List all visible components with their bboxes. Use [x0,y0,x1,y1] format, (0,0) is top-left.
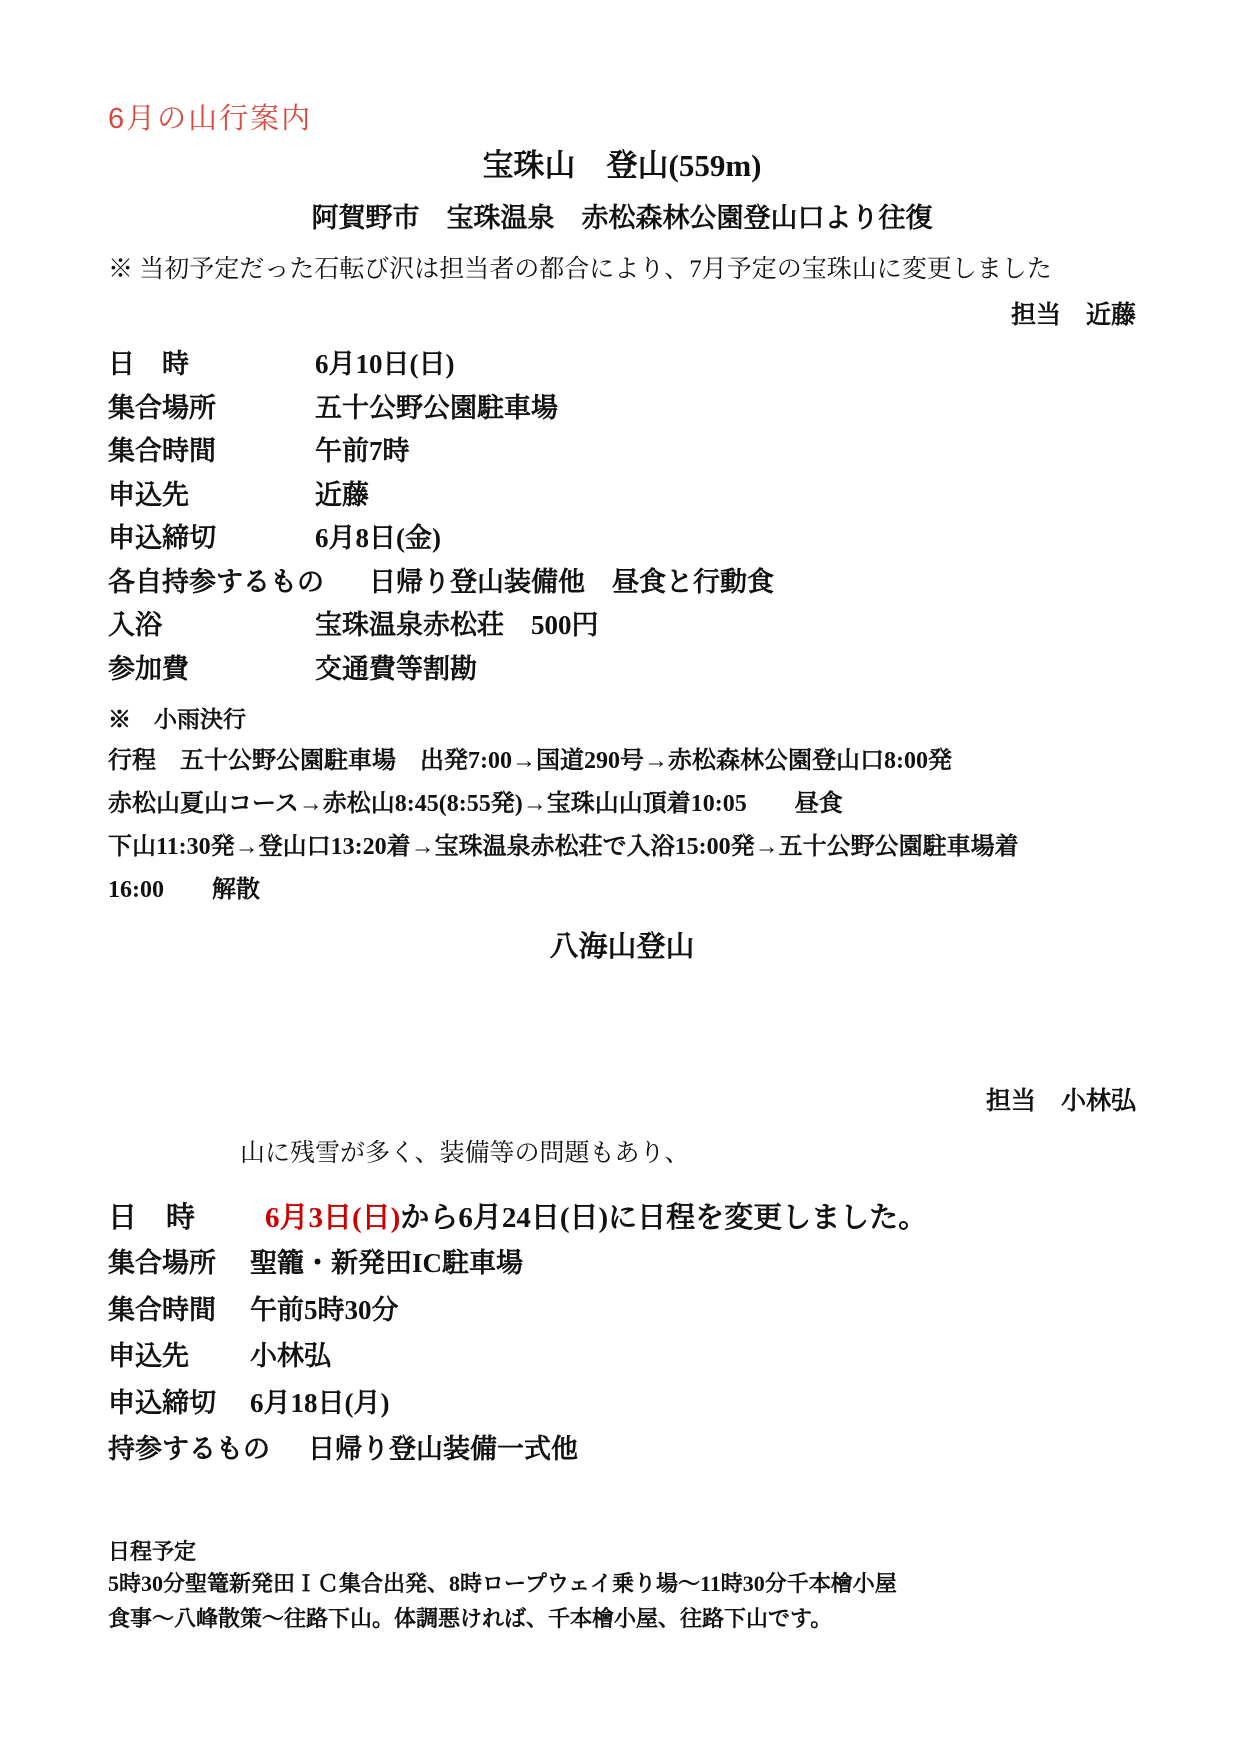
schedule-line-2: 食事～八峰散策～往路下山。体調悪ければ、千本檜小屋、往路下山です。 [108,1601,1136,1636]
detail-label: 日 時 [108,343,315,387]
detail-row-deadline: 申込締切 6月18日(月) [108,1380,1136,1427]
detail-value: 近藤 [315,474,369,518]
section2-detail-list: 集合場所 聖籠・新発田IC駐車場 集合時間 午前5時30分 申込先 小林弘 申込… [108,1240,1136,1473]
section1-subtitle: 阿賀野市 宝珠温泉 赤松森林公園登山口より往復 [108,196,1136,235]
section-hakkaisan: 八海山登山 担当 小林弘 山に残雪が多く、装備等の問題もあり、 日 時 6月3日… [108,924,1136,1636]
schedule-plan-title: 日程予定 [108,1535,1136,1566]
section2-title: 八海山登山 [108,924,1136,965]
detail-label: 申込先 [108,1333,250,1380]
section1-person-in-charge: 担当 近藤 [108,295,1136,331]
detail-row-meeting-place: 集合場所 聖籠・新発田IC駐車場 [108,1240,1136,1287]
detail-label: 日 時 [108,1195,265,1236]
section2-person-in-charge: 担当 小林弘 [108,1081,1136,1117]
section2-date-change-row: 日 時 6月3日(日)から6月24日(日)に日程を変更しました。 [108,1195,1136,1236]
itinerary-line-4: 16:00 解散 [108,869,1136,912]
section1-title: 宝珠山 登山(559m) [108,147,1136,184]
detail-label: 各自持参するもの [108,561,324,605]
detail-row-apply-to: 申込先 近藤 [108,474,1136,518]
section2-snow-note: 山に残雪が多く、装備等の問題もあり、 [240,1133,1136,1169]
detail-label: 持参するもの [108,1426,270,1473]
detail-value: 小林弘 [250,1333,331,1380]
detail-value: 午前5時30分 [250,1287,399,1334]
detail-row-apply-to: 申込先 小林弘 [108,1333,1136,1380]
document-page: 6月の山行案内 宝珠山 登山(559m) 阿賀野市 宝珠温泉 赤松森林公園登山口… [0,0,1240,1753]
section1-detail-list: 日 時 6月10日(日) 集合場所 五十公野公園駐車場 集合時間 午前7時 申込… [108,343,1136,691]
new-date-text: から6月24日(日)に日程を変更しました。 [400,1202,927,1234]
section1-itinerary: 行程 五十公野公園駐車場 出発7:00→国道290号→赤松森林公園登山口8:00… [108,740,1136,912]
light-rain-note: ※ 小雨決行 [108,701,1136,734]
detail-label: 集合時間 [108,1287,250,1334]
detail-row-meeting-time: 集合時間 午前5時30分 [108,1287,1136,1334]
detail-value: 6月8日(金) [315,517,441,561]
itinerary-line-3: 下山11:30発→登山口13:20着→宝珠温泉赤松荘で入浴15:00発→五十公野… [108,826,1136,869]
detail-value: 6月10日(日) [315,343,454,387]
page-title: 6月の山行案内 [108,96,1136,137]
detail-row-deadline: 申込締切 6月8日(金) [108,517,1136,561]
detail-label: 参加費 [108,648,315,692]
date-change-value: 6月3日(日)から6月24日(日)に日程を変更しました。 [265,1195,927,1236]
detail-row-meeting-time: 集合時間 午前7時 [108,430,1136,474]
detail-label: 申込締切 [108,1380,250,1427]
section1-change-note: ※ 当初予定だった石転び沢は担当者の都合により、7月予定の宝珠山に変更しました [108,249,1136,285]
detail-row-bring-items: 各自持参するもの 日帰り登山装備他 昼食と行動食 [108,561,1136,605]
detail-label: 集合場所 [108,387,315,431]
detail-label: 申込締切 [108,517,315,561]
detail-value: 午前7時 [315,430,410,474]
detail-label: 集合場所 [108,1240,250,1287]
schedule-line-1: 5時30分聖篭新発田ＩＣ集合出発、8時ロープウェイ乗り場～11時30分千本檜小屋 [108,1566,1136,1601]
detail-value: 日帰り登山装備他 昼食と行動食 [369,561,774,605]
detail-row-fee: 参加費 交通費等割勘 [108,648,1136,692]
itinerary-line-2: 赤松山夏山コース→赤松山8:45(8:55発)→宝珠山山頂着10:05 昼食 [108,783,1136,826]
detail-row-bring-items: 持参するもの 日帰り登山装備一式他 [108,1426,1136,1473]
detail-value: 交通費等割勘 [315,648,477,692]
detail-label: 入浴 [108,604,315,648]
detail-row-bath: 入浴 宝珠温泉赤松荘 500円 [108,604,1136,648]
detail-label: 申込先 [108,474,315,518]
detail-value: 6月18日(月) [250,1380,389,1427]
itinerary-line-1: 行程 五十公野公園駐車場 出発7:00→国道290号→赤松森林公園登山口8:00… [108,740,1136,783]
section-hojusan: 宝珠山 登山(559m) 阿賀野市 宝珠温泉 赤松森林公園登山口より往復 ※ 当… [108,147,1136,912]
detail-value: 五十公野公園駐車場 [315,387,558,431]
detail-row-datetime: 日 時 6月10日(日) [108,343,1136,387]
old-date-red: 6月3日(日) [265,1202,400,1234]
detail-row-meeting-place: 集合場所 五十公野公園駐車場 [108,387,1136,431]
detail-label: 集合時間 [108,430,315,474]
detail-value: 聖籠・新発田IC駐車場 [250,1240,523,1287]
detail-value: 日帰り登山装備一式他 [308,1426,578,1473]
detail-value: 宝珠温泉赤松荘 500円 [315,604,599,648]
